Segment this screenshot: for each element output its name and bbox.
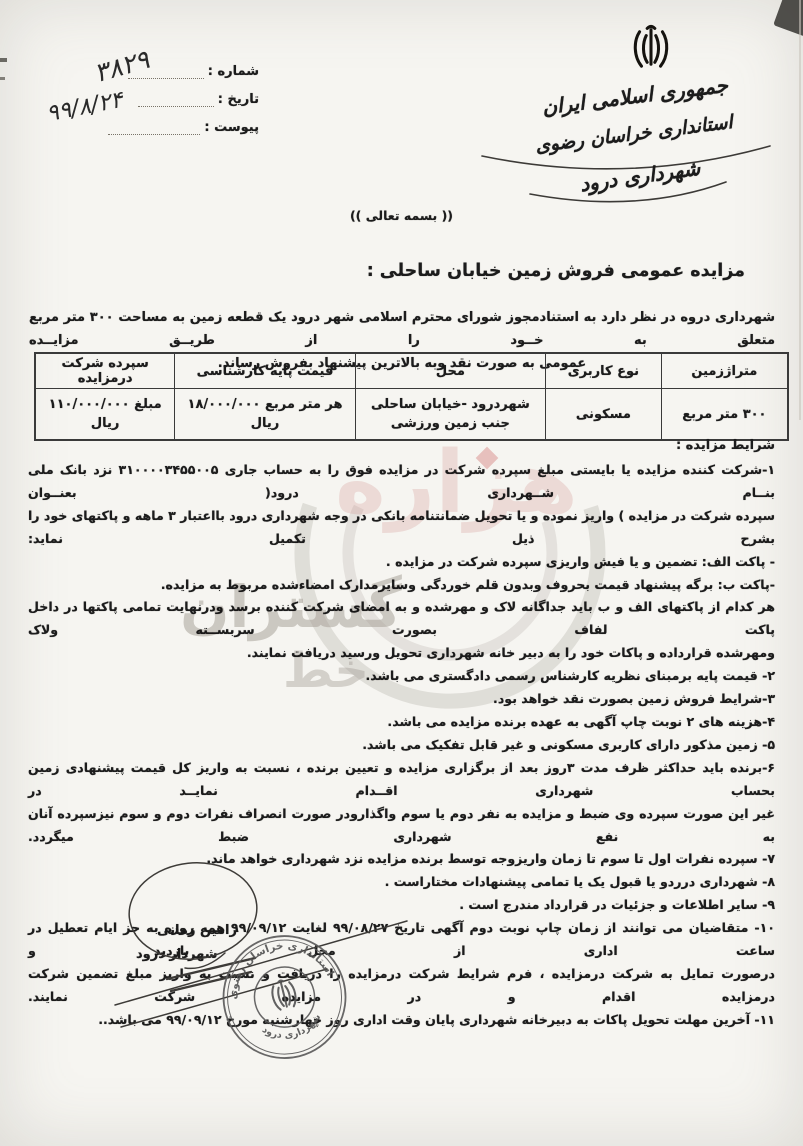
col-usage-type: نوع کاربری <box>546 353 662 389</box>
condition-line: - پاکت الف: تضمین و یا فیش واریزی سپرده … <box>28 551 775 574</box>
attachment-line <box>108 121 200 135</box>
cell-base-price: هر متر مربع ۱۸/۰۰۰/۰۰۰ ریال <box>175 389 355 441</box>
table-header-row: متراژزمین نوع کاربری محل قیمت پایه کارشن… <box>35 353 788 389</box>
condition-line: ۳-شرایط فروش زمین بصورت نقد خواهد بود. <box>28 688 775 711</box>
cell-usage-type: مسکونی <box>546 389 662 441</box>
condition-line: ۴-هزینه های ۲ نوبت چاپ آگهی به عهده برند… <box>28 711 775 734</box>
condition-line: ۵- زمین مذکور دارای کاربری مسکونی و غیر … <box>28 734 775 757</box>
condition-line: ۱-شرکت کننده مزایده یا بایستی مبلغ سپرده… <box>28 459 775 505</box>
col-land-area: متراژزمین <box>661 353 788 389</box>
page-title: مزایده عمومی فروش زمین خیابان ساحلی : <box>367 261 745 281</box>
scan-edge-mark <box>0 77 5 80</box>
table-row: ۳۰۰ متر مربع مسکونی شهردرود -خیابان ساحل… <box>35 389 788 441</box>
conditions-title: شرایط مزایده : <box>28 438 775 453</box>
calligraphy-flourish <box>468 142 788 218</box>
attachment-field: پیوست : <box>44 120 259 135</box>
number-label: شماره : <box>208 64 259 79</box>
stamp-center-emblem-icon <box>269 978 298 1011</box>
condition-line: ومهرشده قرارداده و پاکات خود را به دبیر … <box>28 642 775 665</box>
condition-line: ۶-برنده باید حداکثر ظرف مدت ۳روز بعد از … <box>28 757 775 803</box>
cell-deposit: مبلغ ۱۱۰/۰۰۰/۰۰۰ ریال <box>35 389 175 441</box>
col-location: محل <box>355 353 545 389</box>
cell-location: شهردرود -خیابان ساحلی جنب زمین ورزشی <box>355 389 545 441</box>
intro-line-1: شهرداری دروه در نظر دارد به استنادمجوز ش… <box>29 306 775 352</box>
besmele-invocation: (( بسمه تعالی )) <box>0 208 803 223</box>
date-line <box>138 93 214 107</box>
scan-edge-mark <box>0 58 7 62</box>
date-label: تاریخ : <box>218 92 259 107</box>
iran-emblem-icon <box>630 24 672 76</box>
auction-spec-table: متراژزمین نوع کاربری محل قیمت پایه کارشن… <box>34 352 789 441</box>
condition-line: -پاکت ب: برگه پیشنهاد قیمت بحروف وبدون ق… <box>28 574 775 597</box>
condition-line: سپرده شرکت در مزایده ) واریز نموده و یا … <box>28 505 775 551</box>
col-deposit: سپرده شرکت درمزایده <box>35 353 175 389</box>
attachment-label: پیوست : <box>204 120 259 135</box>
col-base-price: قیمت پایه کارشناسی <box>175 353 355 389</box>
condition-line: غیر این صورت سپرده وی ضبط و مزایده به نف… <box>28 803 775 849</box>
stamp-ring-bottom-text: شهرداری درود <box>258 1010 327 1048</box>
condition-line: ۲- قیمت پایه برمبنای نظریه کارشناس رسمی … <box>28 665 775 688</box>
cell-land-area: ۳۰۰ متر مربع <box>661 389 788 441</box>
condition-line: هر کدام از پاکتهای الف و ب باید جداگانه … <box>28 596 775 642</box>
scanned-letter-page: جمهوری اسلامی ایران استانداری خراسان رضو… <box>0 0 803 1146</box>
